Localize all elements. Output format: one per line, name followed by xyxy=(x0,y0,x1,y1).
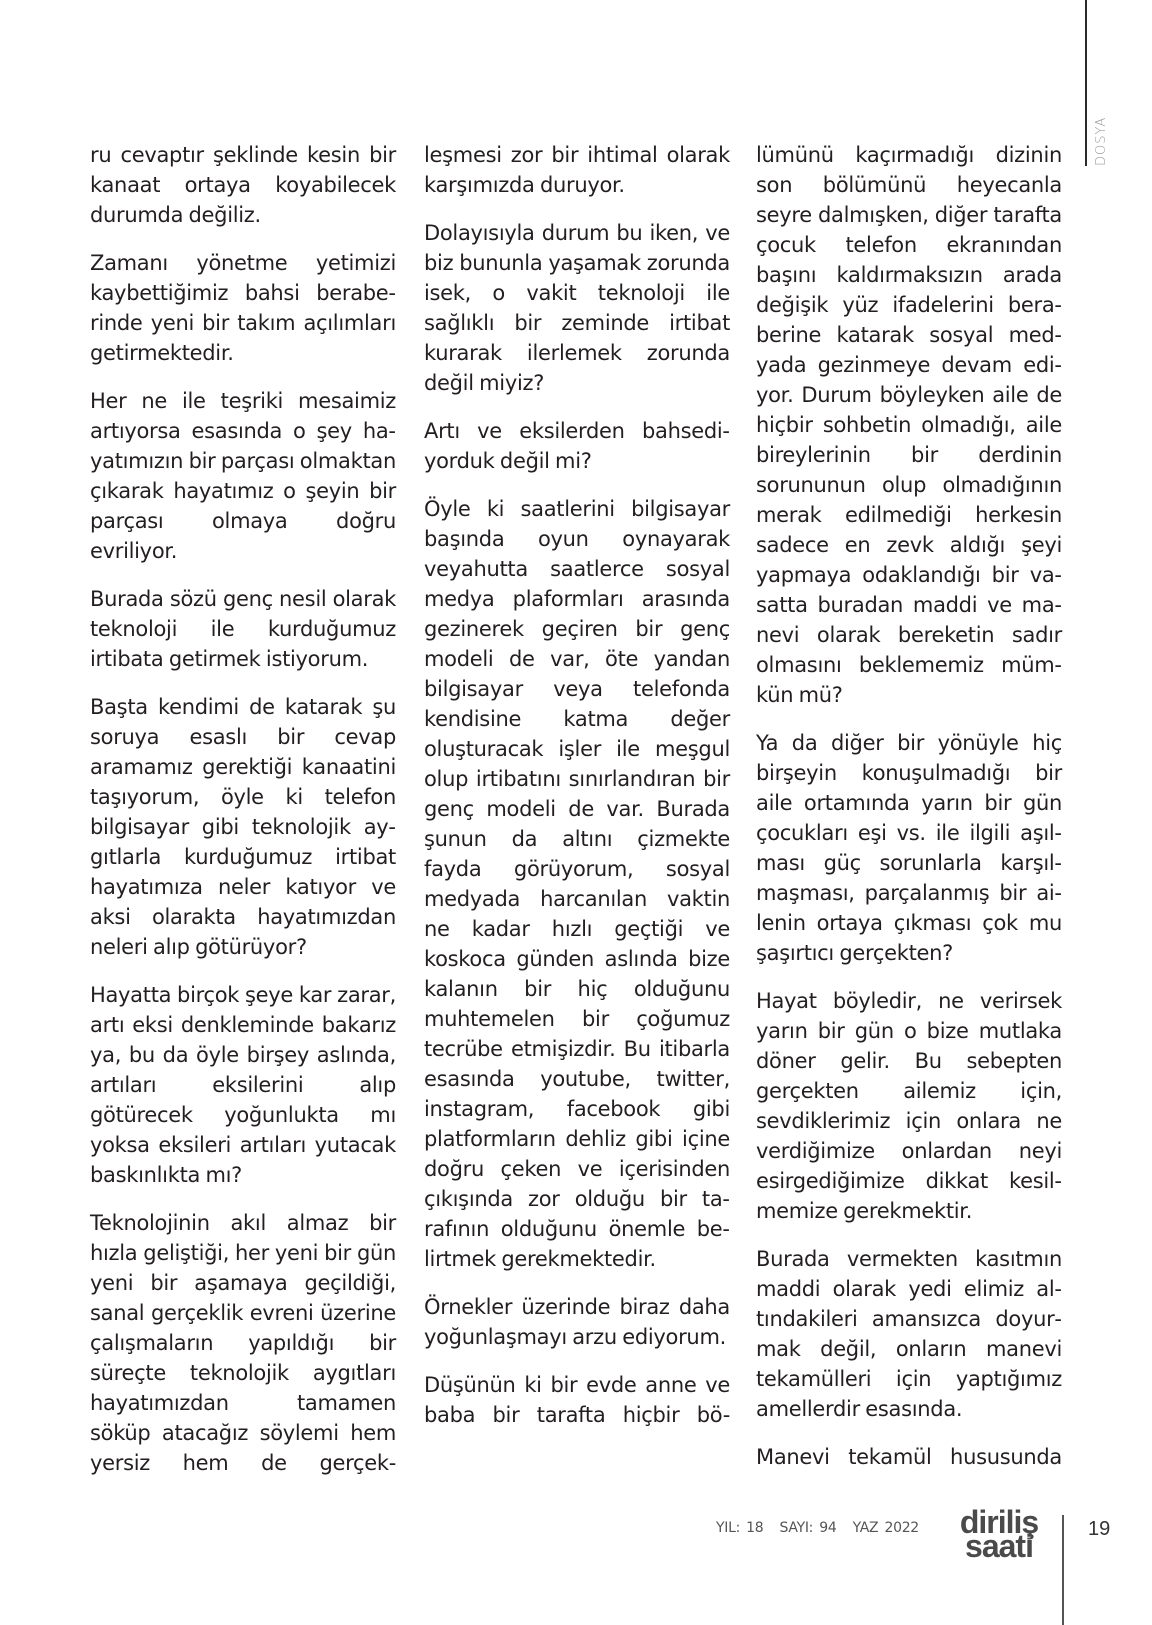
paragraph: Ya da diğer bir yönüyle hiç birşeyin kon… xyxy=(756,728,1062,968)
magazine-logo: diriliş saati xyxy=(953,1510,1045,1558)
paragraph: Zamanı yönetme yetimizi kaybettiğimiz ba… xyxy=(90,248,396,368)
paragraph: Teknolojinin akıl almaz bir hızla gelişt… xyxy=(90,1208,396,1478)
paragraph: leşmesi zor bir ihtimal olarak karşımızd… xyxy=(424,140,730,200)
logo-line-2: saati xyxy=(953,1534,1045,1558)
paragraph: Dolayısıyla durum bu iken, ve biz bununl… xyxy=(424,218,730,398)
section-label: DOSYA xyxy=(1094,106,1114,166)
paragraph: Hayat böyledir, ne verirsek yarın bir gü… xyxy=(756,986,1062,1226)
paragraph: Artı ve eksilerden bahsedi­yorduk değil … xyxy=(424,416,730,476)
page-number: 19 xyxy=(1088,1518,1110,1541)
text-column-1: ru cevaptır şeklinde kesin bir kanaat or… xyxy=(90,140,396,1496)
paragraph: Örnekler üzerinde biraz daha yoğunlaşmay… xyxy=(424,1292,730,1352)
section-divider-rule xyxy=(1085,0,1087,166)
footer-divider-rule xyxy=(1062,1515,1064,1625)
paragraph: Manevi tekamül hususunda xyxy=(756,1442,1062,1472)
paragraph: Öyle ki saatlerini bilgisayar başında oy… xyxy=(424,494,730,1274)
year-label: YIL: 18 xyxy=(716,1520,763,1536)
paragraph: Düşünün ki bir evde anne ve baba bir tar… xyxy=(424,1370,730,1430)
paragraph: ru cevaptır şeklinde kesin bir kanaat or… xyxy=(90,140,396,230)
paragraph: Hayatta birçok şeye kar za­rar, artı eks… xyxy=(90,980,396,1190)
text-column-2: leşmesi zor bir ihtimal olarak karşımızd… xyxy=(424,140,730,1448)
season-label: YAZ 2022 xyxy=(853,1520,919,1536)
magazine-page: DOSYA ru cevaptır şeklinde kesin bir kan… xyxy=(0,0,1152,1625)
issue-info: YIL: 18 SAYI: 94 YAZ 2022 xyxy=(716,1520,929,1536)
paragraph: Her ne ile teşriki mesaimiz artıyorsa es… xyxy=(90,386,396,566)
paragraph: Burada sözü genç nesil ola­rak teknoloji… xyxy=(90,584,396,674)
paragraph: lümünü kaçırmadığı dizinin son bölümünü … xyxy=(756,140,1062,710)
paragraph: Başta kendimi de katarak şu soruya esasl… xyxy=(90,692,396,962)
text-column-3: lümünü kaçırmadığı dizinin son bölümünü … xyxy=(756,140,1062,1490)
paragraph: Burada vermekten kasıtmın maddi olarak y… xyxy=(756,1244,1062,1424)
issue-label: SAYI: 94 xyxy=(780,1520,837,1536)
